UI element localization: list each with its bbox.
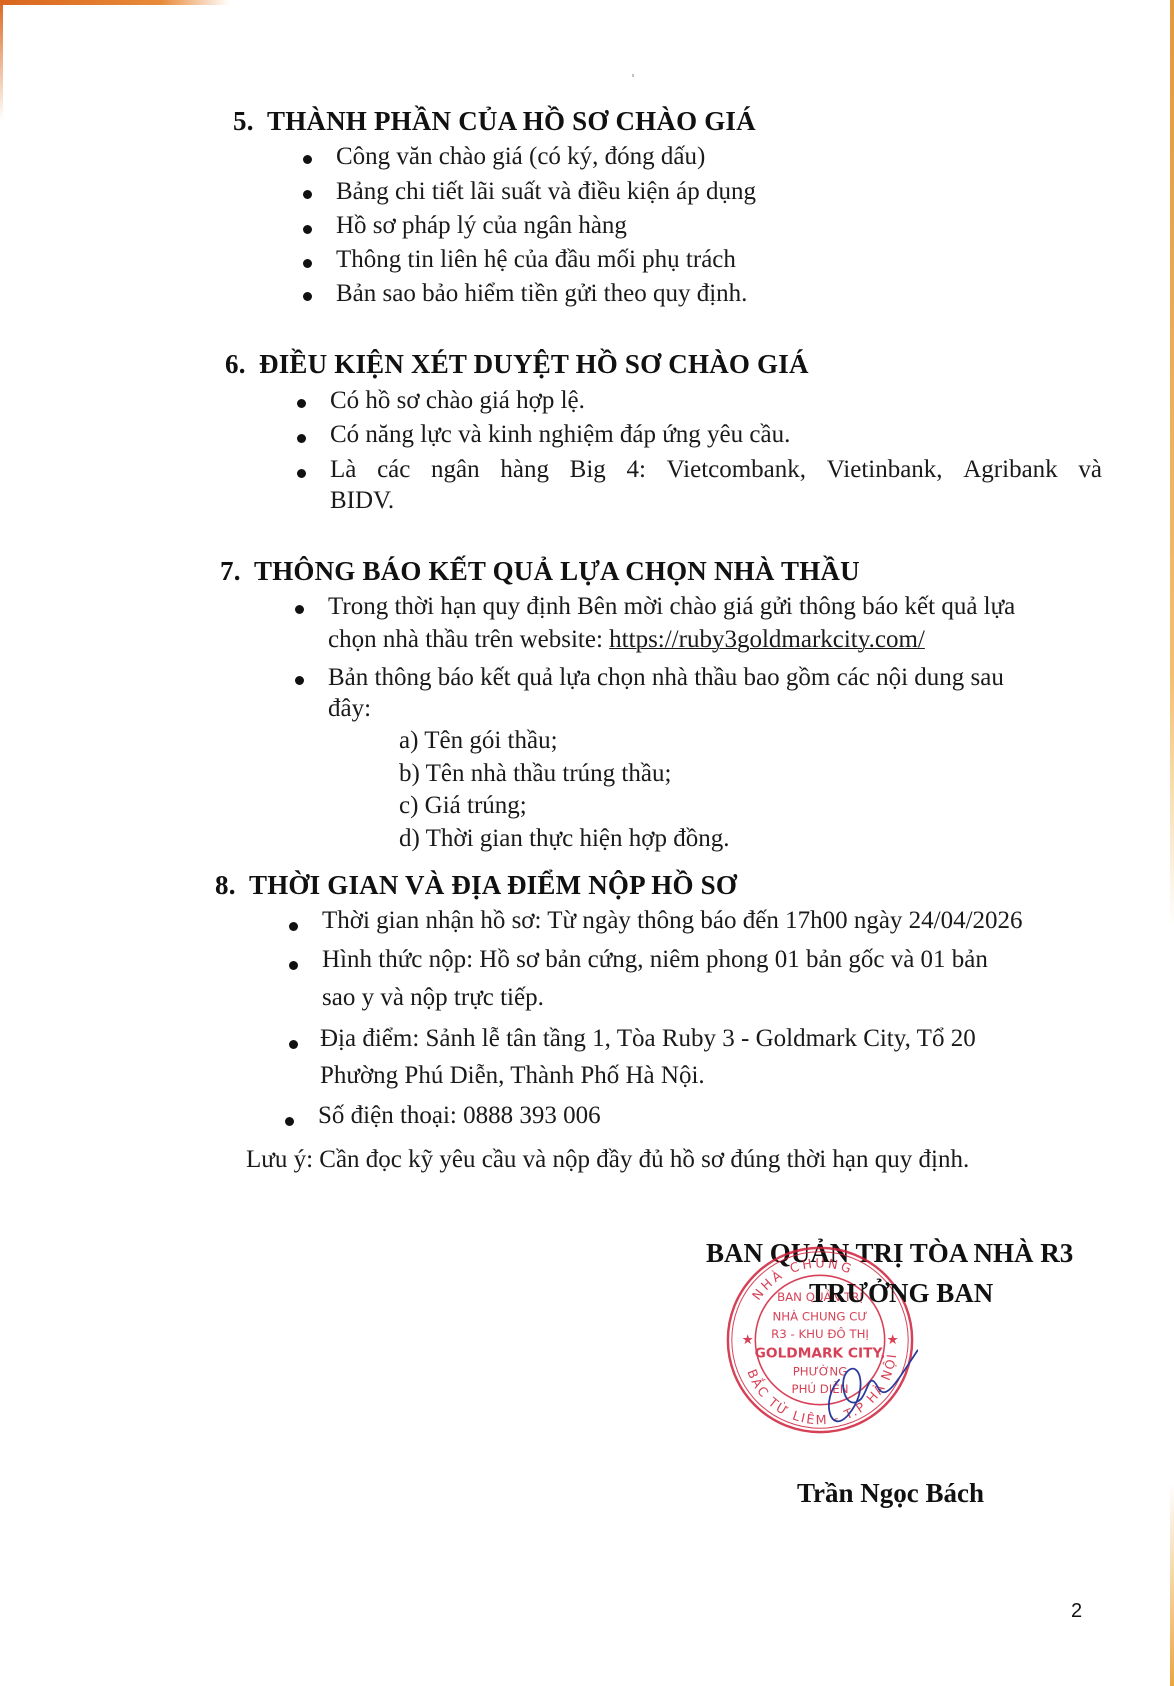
list-item-line: BIDV. bbox=[330, 487, 394, 515]
section-number: 6. bbox=[225, 349, 259, 380]
bullet-icon bbox=[303, 190, 312, 199]
list-item-line: LàcácngânhàngBig4:Vietcombank,Vietinbank… bbox=[330, 456, 1102, 484]
bullet-icon bbox=[303, 155, 312, 164]
website-link[interactable]: https://ruby3goldmarkcity.com/ bbox=[609, 626, 925, 653]
signature-position: TRƯỞNG BAN bbox=[809, 1278, 993, 1309]
signer-name: Trần Ngọc Bách bbox=[797, 1478, 984, 1509]
bullet-icon bbox=[297, 399, 306, 408]
section-number: 5. bbox=[233, 106, 267, 137]
list-item: Thông tin liên hệ của đầu mối phụ trách bbox=[336, 246, 736, 274]
scan-edge-top bbox=[0, 0, 230, 5]
note: Lưu ý: Cần đọc kỹ yêu cầu và nộp đầy đủ … bbox=[246, 1146, 969, 1174]
text: chọn nhà thầu trên website: bbox=[328, 626, 609, 653]
bullet-icon bbox=[297, 434, 306, 443]
list-item-line: sao y và nộp trực tiếp. bbox=[322, 984, 544, 1012]
svg-text:PHÚ DIỄN: PHÚ DIỄN bbox=[792, 1380, 849, 1396]
section-heading: 5.THÀNH PHẦN CỦA HỒ SƠ CHÀO GIÁ bbox=[233, 106, 756, 137]
word: Vietinbank, bbox=[827, 456, 943, 484]
section-number: 7. bbox=[220, 556, 254, 587]
svg-text:PHƯỜNG: PHƯỜNG bbox=[793, 1363, 848, 1378]
scan-edge-right bbox=[1170, 0, 1174, 1686]
list-item-line: chọn nhà thầu trên website: https://ruby… bbox=[328, 626, 925, 654]
page-number: 2 bbox=[1071, 1600, 1082, 1623]
list-item: Thời gian nhận hồ sơ: Từ ngày thông báo … bbox=[322, 907, 1023, 935]
bullet-icon bbox=[289, 1040, 298, 1049]
word: Big bbox=[570, 456, 606, 484]
svg-text:GOLDMARK CITY,: GOLDMARK CITY, bbox=[755, 1346, 886, 1362]
word: ngân bbox=[431, 456, 480, 484]
section-title: THÔNG BÁO KẾT QUẢ LỰA CHỌN NHÀ THẦU bbox=[254, 556, 860, 586]
bullet-icon bbox=[303, 259, 312, 268]
scan-edge-left bbox=[0, 0, 3, 120]
list-item-line: Trong thời hạn quy định Bên mời chào giá… bbox=[328, 593, 1015, 621]
list-item: Bản sao bảo hiểm tiền gửi theo quy định. bbox=[336, 280, 747, 308]
list-item: Số điện thoại: 0888 393 006 bbox=[318, 1102, 601, 1130]
word: Vietcombank, bbox=[667, 456, 806, 484]
svg-text:NHÀ CHUNG CƯ: NHÀ CHUNG CƯ bbox=[773, 1308, 868, 1323]
bullet-icon bbox=[289, 922, 298, 931]
official-stamp-icon: NHÀ CHUNG BẮC TỪ LIÊM - T.P HÀ NỘI ★ ★ B… bbox=[722, 1242, 918, 1438]
word: 4: bbox=[626, 456, 645, 484]
section-title: THÀNH PHẦN CỦA HỒ SƠ CHÀO GIÁ bbox=[267, 106, 756, 136]
svg-text:★: ★ bbox=[887, 1332, 899, 1347]
sub-item: d) Thời gian thực hiện hợp đồng. bbox=[399, 825, 729, 853]
list-item-line: đây: bbox=[328, 695, 371, 723]
sub-item: a) Tên gói thầu; bbox=[399, 727, 558, 755]
word: các bbox=[377, 456, 410, 484]
word: hàng bbox=[500, 456, 549, 484]
word: Là bbox=[330, 456, 356, 484]
section-heading: 8.THỜI GIAN VÀ ĐỊA ĐIỂM NỘP HỒ SƠ bbox=[215, 870, 737, 901]
list-item: Bảng chi tiết lãi suất và điều kiện áp d… bbox=[336, 178, 756, 206]
list-item-line: Bản thông báo kết quả lựa chọn nhà thầu … bbox=[328, 664, 1004, 692]
list-item: Có năng lực và kinh nghiệm đáp ứng yêu c… bbox=[330, 421, 790, 449]
list-item-line: Hình thức nộp: Hồ sơ bản cứng, niêm phon… bbox=[322, 946, 988, 974]
bullet-icon bbox=[295, 676, 304, 685]
list-item: Công văn chào giá (có ký, đóng dấu) bbox=[336, 143, 705, 171]
section-heading: 7.THÔNG BÁO KẾT QUẢ LỰA CHỌN NHÀ THẦU bbox=[220, 556, 860, 587]
section-title: ĐIỀU KIỆN XÉT DUYỆT HỒ SƠ CHÀO GIÁ bbox=[259, 349, 809, 379]
sub-item: b) Tên nhà thầu trúng thầu; bbox=[399, 760, 671, 788]
section-heading: 6.ĐIỀU KIỆN XÉT DUYỆT HỒ SƠ CHÀO GIÁ bbox=[225, 349, 809, 380]
word: và bbox=[1078, 456, 1102, 484]
sub-item: c) Giá trúng; bbox=[399, 792, 527, 820]
list-item: Có hồ sơ chào giá hợp lệ. bbox=[330, 387, 585, 415]
section-title: THỜI GIAN VÀ ĐỊA ĐIỂM NỘP HỒ SƠ bbox=[249, 870, 737, 900]
list-item: Hồ sơ pháp lý của ngân hàng bbox=[336, 212, 627, 240]
scan-speck bbox=[632, 74, 634, 77]
list-item-line: Địa điểm: Sảnh lễ tân tầng 1, Tòa Ruby 3… bbox=[320, 1025, 976, 1053]
bullet-icon bbox=[285, 1117, 294, 1126]
svg-text:★: ★ bbox=[742, 1332, 754, 1347]
list-item-line: Phường Phú Diễn, Thành Phố Hà Nội. bbox=[320, 1062, 705, 1090]
word: Agribank bbox=[963, 456, 1057, 484]
bullet-icon bbox=[289, 961, 298, 970]
bullet-icon bbox=[303, 292, 312, 301]
section-number: 8. bbox=[215, 870, 249, 901]
bullet-icon bbox=[295, 605, 304, 614]
bullet-icon bbox=[303, 225, 312, 234]
svg-text:R3 - KHU ĐÔ THỊ: R3 - KHU ĐÔ THỊ bbox=[771, 1326, 869, 1341]
bullet-icon bbox=[297, 469, 306, 478]
